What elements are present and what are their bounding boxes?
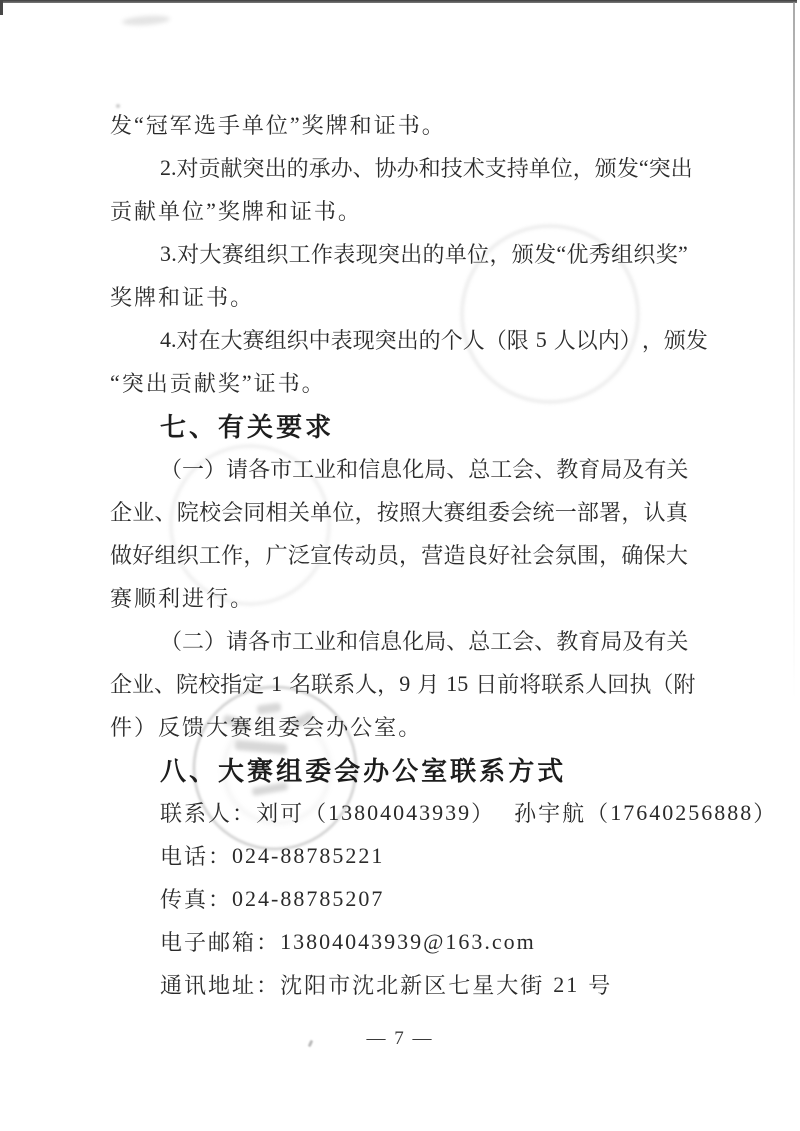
section-heading-seven: 七、有关要求 xyxy=(110,404,688,447)
numbered-item-3-line-2: 奖牌和证书。 xyxy=(110,275,688,318)
para-two-line-3: 件）反馈大赛组委会办公室。 xyxy=(110,705,688,748)
page-number: — 7 — xyxy=(0,1028,800,1050)
continuation-line: 发“冠军选手单位”奖牌和证书。 xyxy=(110,103,688,146)
contact-person-line: 联系人：刘可（13804043939）孙宇航（17640256888） xyxy=(110,791,688,834)
para-one-line-1: （一）请各市工业和信息化局、总工会、教育局及有关 xyxy=(110,447,688,490)
para-one-line-3: 做好组织工作，广泛宣传动员，营造良好社会氛围，确保大 xyxy=(110,533,688,576)
fax-line: 传真：024-88785207 xyxy=(110,877,688,920)
scan-top-edge-line xyxy=(0,0,797,3)
numbered-item-4-line-2: “突出贡献奖”证书。 xyxy=(110,361,688,404)
para-one-line-2: 企业、院校会同相关单位，按照大赛组委会统一部署，认真 xyxy=(110,490,688,533)
email-line: 电子邮箱：13804043939@163.com xyxy=(110,920,688,963)
scan-corner-tick xyxy=(0,0,3,15)
phone-line: 电话：024-88785221 xyxy=(110,834,688,877)
address-line: 通讯地址：沈阳市沈北新区七星大街21号 xyxy=(110,963,688,1006)
para-one-line-4: 赛顺利进行。 xyxy=(110,576,688,619)
scan-smudge xyxy=(122,14,171,26)
numbered-item-4-line-1: 4.对在大赛组织中表现突出的个人（限5人以内），颁发 xyxy=(110,318,688,361)
numbered-item-3-line-1: 3.对大赛组织工作表现突出的单位，颁发“优秀组织奖” xyxy=(110,232,688,275)
scan-right-edge-line xyxy=(793,2,795,702)
document-body: 发“冠军选手单位”奖牌和证书。 2.对贡献突出的承办、协办和技术支持单位，颁发“… xyxy=(110,103,688,1006)
numbered-item-2-line-1: 2.对贡献突出的承办、协办和技术支持单位，颁发“突出 xyxy=(110,146,688,189)
para-two-line-2: 企业、院校指定1名联系人，9月15日前将联系人回执（附 xyxy=(110,662,688,705)
section-heading-eight: 八、大赛组委会办公室联系方式 xyxy=(110,748,688,791)
numbered-item-2-line-2: 贡献单位”奖牌和证书。 xyxy=(110,189,688,232)
scanned-document-page: 发“冠军选手单位”奖牌和证书。 2.对贡献突出的承办、协办和技术支持单位，颁发“… xyxy=(0,0,800,1131)
para-two-line-1: （二）请各市工业和信息化局、总工会、教育局及有关 xyxy=(110,619,688,662)
